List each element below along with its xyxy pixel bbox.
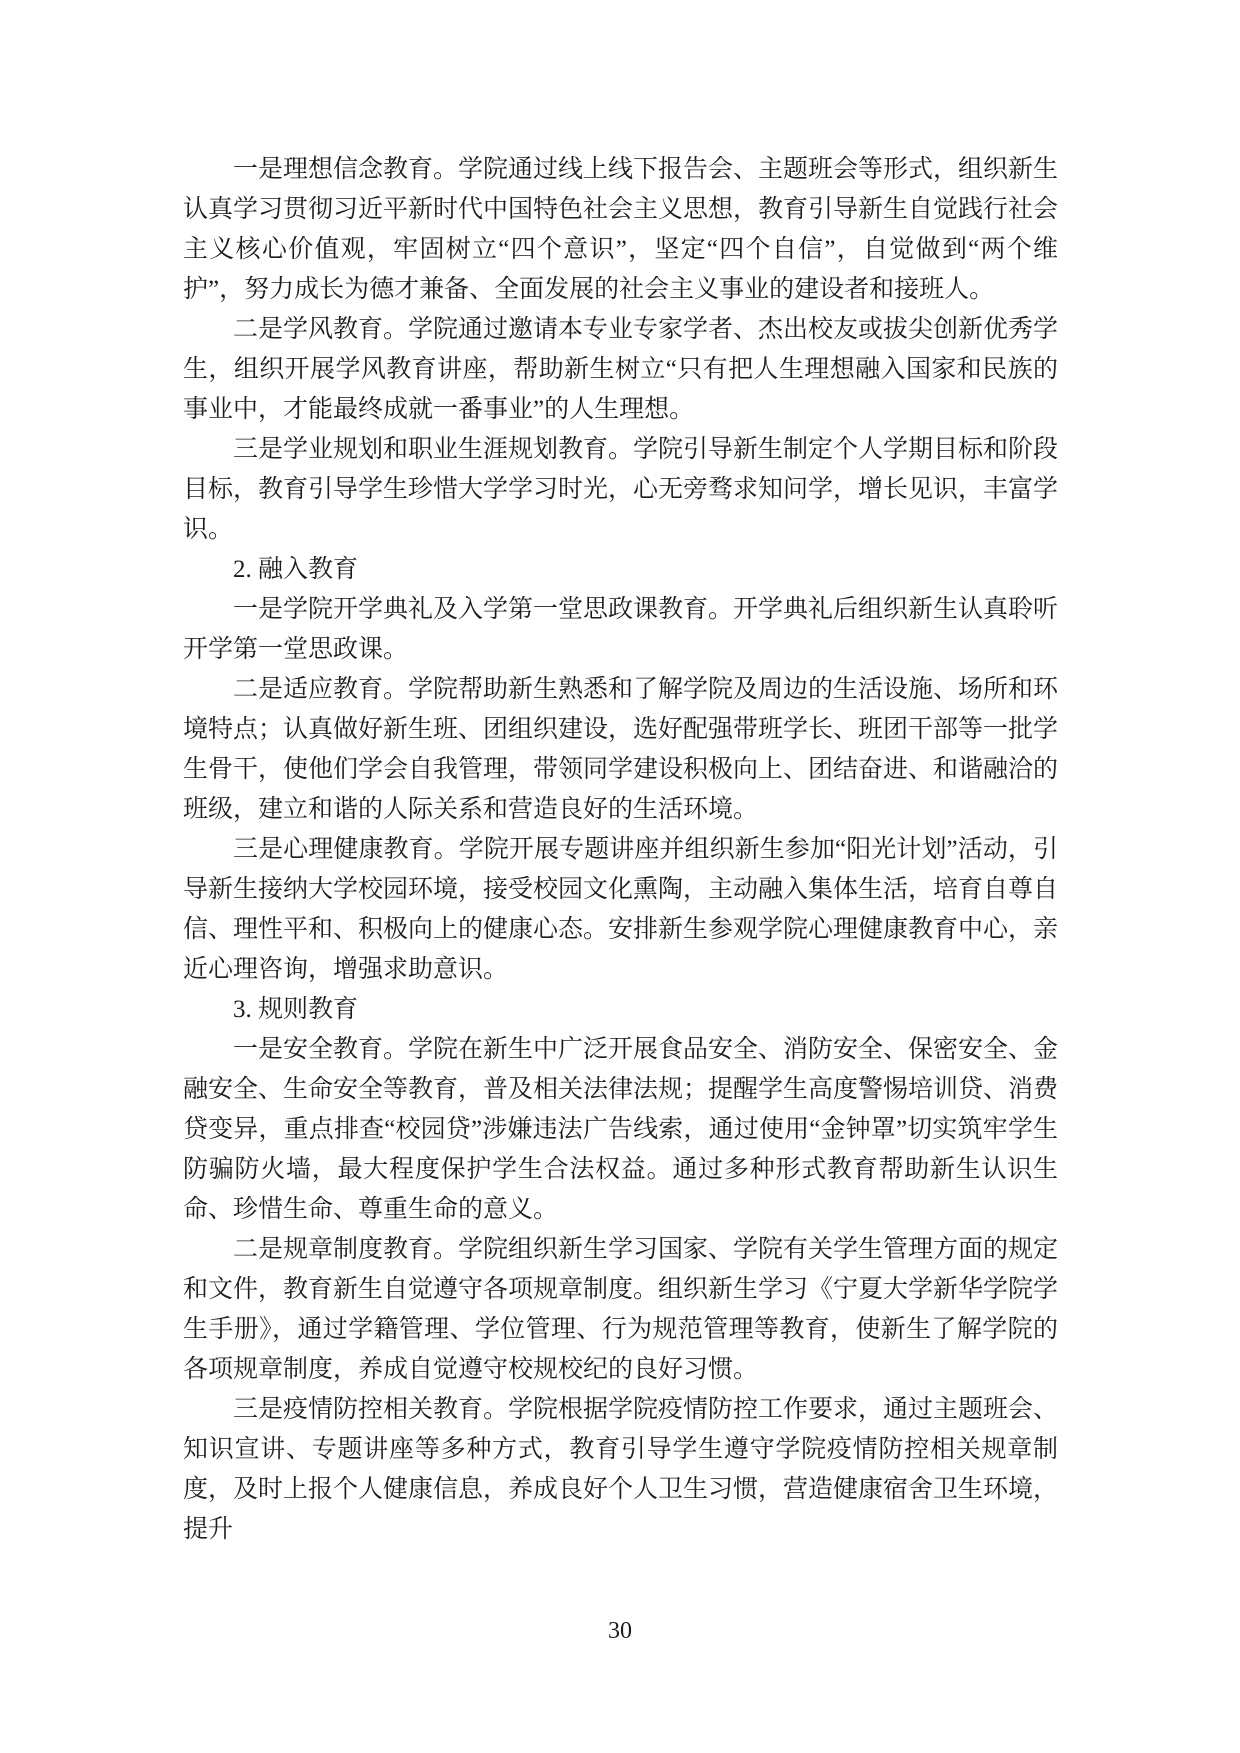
paragraph-mental-health-education: 三是心理健康教育。学院开展专题讲座并组织新生参加“阳光计划”活动，引导新生接纳大… [183,830,1058,990]
paragraph-academic-career-planning-education: 三是学业规划和职业生涯规划教育。学院引导新生制定个人学期目标和阶段目标，教育引导… [183,430,1058,550]
paragraph-study-style-education: 二是学风教育。学院通过邀请本专业专家学者、杰出校友或拔尖创新优秀学生，组织开展学… [183,310,1058,430]
document-page: 一是理想信念教育。学院通过线上线下报告会、主题班会等形式，组织新生认真学习贯彻习… [0,0,1240,1753]
paragraph-safety-education: 一是安全教育。学院在新生中广泛开展食品安全、消防安全、保密安全、金融安全、生命安… [183,1030,1058,1230]
document-body: 一是理想信念教育。学院通过线上线下报告会、主题班会等形式，组织新生认真学习贯彻习… [183,150,1058,1550]
paragraph-rules-regulations-education: 二是规章制度教育。学院组织新生学习国家、学院有关学生管理方面的规定和文件，教育新… [183,1230,1058,1390]
paragraph-epidemic-prevention-education: 三是疫情防控相关教育。学院根据学院疫情防控工作要求，通过主题班会、知识宣讲、专题… [183,1390,1058,1550]
section-heading-rules-education: 3. 规则教育 [183,990,1058,1030]
paragraph-adaptation-education: 二是适应教育。学院帮助新生熟悉和了解学院及周边的生活设施、场所和环境特点；认真做… [183,670,1058,830]
page-number: 30 [0,1616,1240,1646]
section-heading-integration-education: 2. 融入教育 [183,550,1058,590]
paragraph-opening-ceremony-education: 一是学院开学典礼及入学第一堂思政课教育。开学典礼后组织新生认真聆听开学第一堂思政… [183,590,1058,670]
paragraph-ideal-belief-education: 一是理想信念教育。学院通过线上线下报告会、主题班会等形式，组织新生认真学习贯彻习… [183,150,1058,310]
